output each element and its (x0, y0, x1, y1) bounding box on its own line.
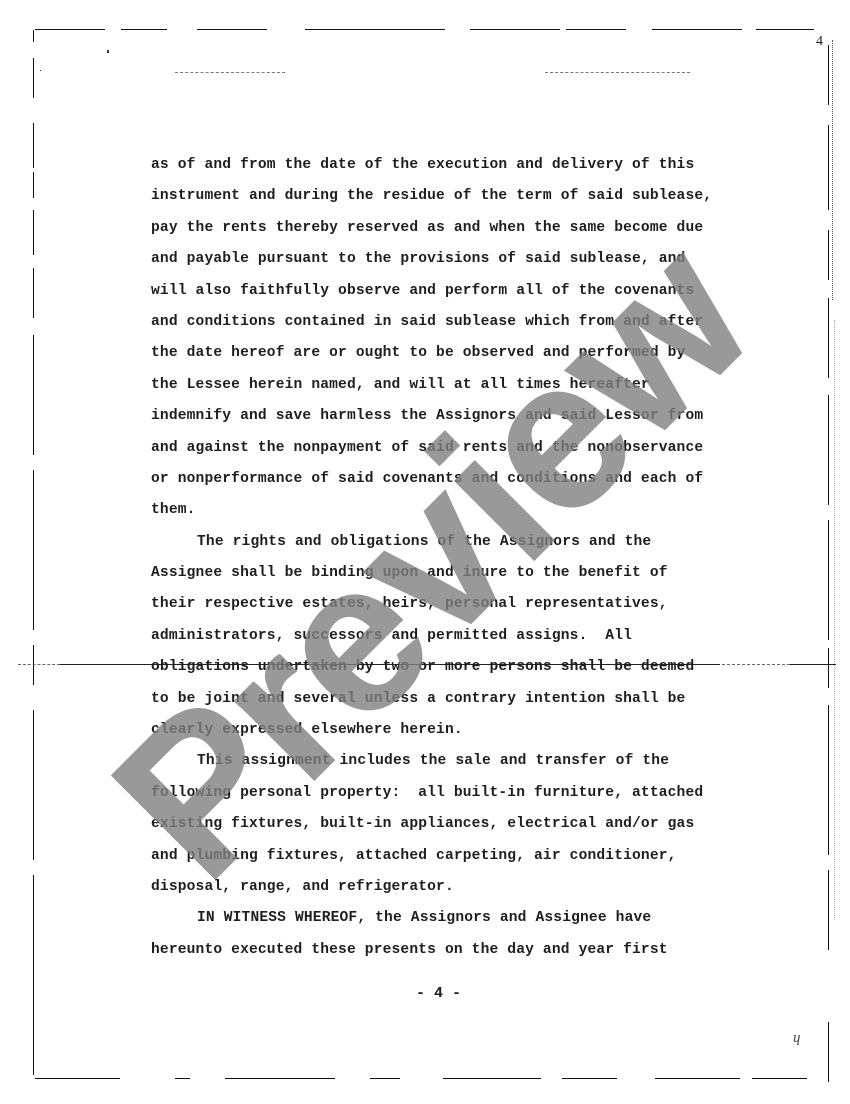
frame-left-line (33, 210, 34, 255)
frame-right-line (828, 298, 829, 378)
body-line: Assignee shall be binding upon and inure… (151, 558, 751, 589)
frame-bottom-line (562, 1078, 617, 1079)
body-line: the date hereof are or ought to be obser… (151, 338, 751, 369)
header-scan-marks (545, 72, 690, 74)
frame-right-line (828, 1022, 829, 1082)
frame-bottom-line (752, 1078, 807, 1079)
body-line: to be joint and several unless a contrar… (151, 684, 751, 715)
frame-top-line (121, 29, 167, 30)
body-line: IN WITNESS WHEREOF, the Assignors and As… (151, 903, 751, 934)
scan-speck (107, 50, 109, 53)
frame-right-line (828, 45, 829, 105)
footer-page-number: - 4 - (416, 985, 461, 1002)
frame-top-line (35, 29, 105, 30)
frame-top-line (197, 29, 267, 30)
frame-left-line (33, 268, 34, 318)
frame-bottom-line (443, 1078, 541, 1079)
body-line: disposal, range, and refrigerator. (151, 872, 751, 903)
body-line: clearly expressed elsewhere herein. (151, 715, 751, 746)
body-line: and against the nonpayment of said rents… (151, 433, 751, 464)
body-line: hereunto executed these presents on the … (151, 935, 751, 966)
frame-left-line (33, 470, 34, 630)
body-line: and conditions contained in said subleas… (151, 307, 751, 338)
frame-left-line (33, 58, 34, 98)
frame-right-line (828, 125, 829, 210)
frame-right-line (828, 705, 829, 855)
body-line: the Lessee herein named, and will at all… (151, 370, 751, 401)
body-line: them. (151, 495, 751, 526)
body-line: their respective estates, heirs, persona… (151, 589, 751, 620)
body-line: obligations undertaken by two or more pe… (151, 652, 751, 683)
frame-top-line (305, 29, 445, 30)
frame-left-line (33, 335, 34, 455)
frame-left-line (33, 172, 34, 198)
frame-left-line (33, 710, 34, 860)
frame-bottom-line (175, 1078, 190, 1079)
scan-speck (40, 70, 41, 71)
frame-bottom-line (655, 1078, 740, 1079)
frame-right-line (828, 870, 829, 950)
body-line: This assignment includes the sale and tr… (151, 746, 751, 777)
frame-top-line (470, 29, 560, 30)
frame-right-dotted-line (832, 40, 833, 300)
frame-left-line (33, 123, 34, 168)
corner-page-number: 4 (816, 34, 823, 50)
frame-right-line (828, 230, 829, 280)
body-line: administrators, successors and permitted… (151, 621, 751, 652)
frame-top-line (652, 29, 742, 30)
frame-top-line (566, 29, 626, 30)
frame-top-line (756, 29, 814, 30)
body-line: or nonperformance of said covenants and … (151, 464, 751, 495)
body-line: indemnify and save harmless the Assignor… (151, 401, 751, 432)
document-page: 4 as of and from the date of the executi… (0, 0, 850, 1104)
frame-right-line (828, 395, 829, 505)
document-body: as of and from the date of the execution… (151, 150, 751, 966)
body-line: existing fixtures, built-in appliances, … (151, 809, 751, 840)
body-line: pay the rents thereby reserved as and wh… (151, 213, 751, 244)
frame-bottom-line (225, 1078, 335, 1079)
body-line: will also faithfully observe and perform… (151, 276, 751, 307)
frame-right-line (828, 520, 829, 640)
body-line: as of and from the date of the execution… (151, 150, 751, 181)
frame-left-line (33, 30, 34, 42)
handwritten-initial: ɥ (793, 1030, 801, 1047)
frame-bottom-line (35, 1078, 120, 1079)
frame-bottom-line (370, 1078, 400, 1079)
header-scan-marks (175, 72, 285, 74)
body-line: and plumbing fixtures, attached carpetin… (151, 841, 751, 872)
body-line: and payable pursuant to the provisions o… (151, 244, 751, 275)
body-line: following personal property: all built-i… (151, 778, 751, 809)
body-line: The rights and obligations of the Assign… (151, 527, 751, 558)
body-line: instrument and during the residue of the… (151, 181, 751, 212)
frame-left-line (33, 645, 34, 685)
frame-right-dotted-line (834, 320, 835, 920)
frame-left-line (33, 875, 34, 1075)
frame-right-line (828, 648, 829, 688)
